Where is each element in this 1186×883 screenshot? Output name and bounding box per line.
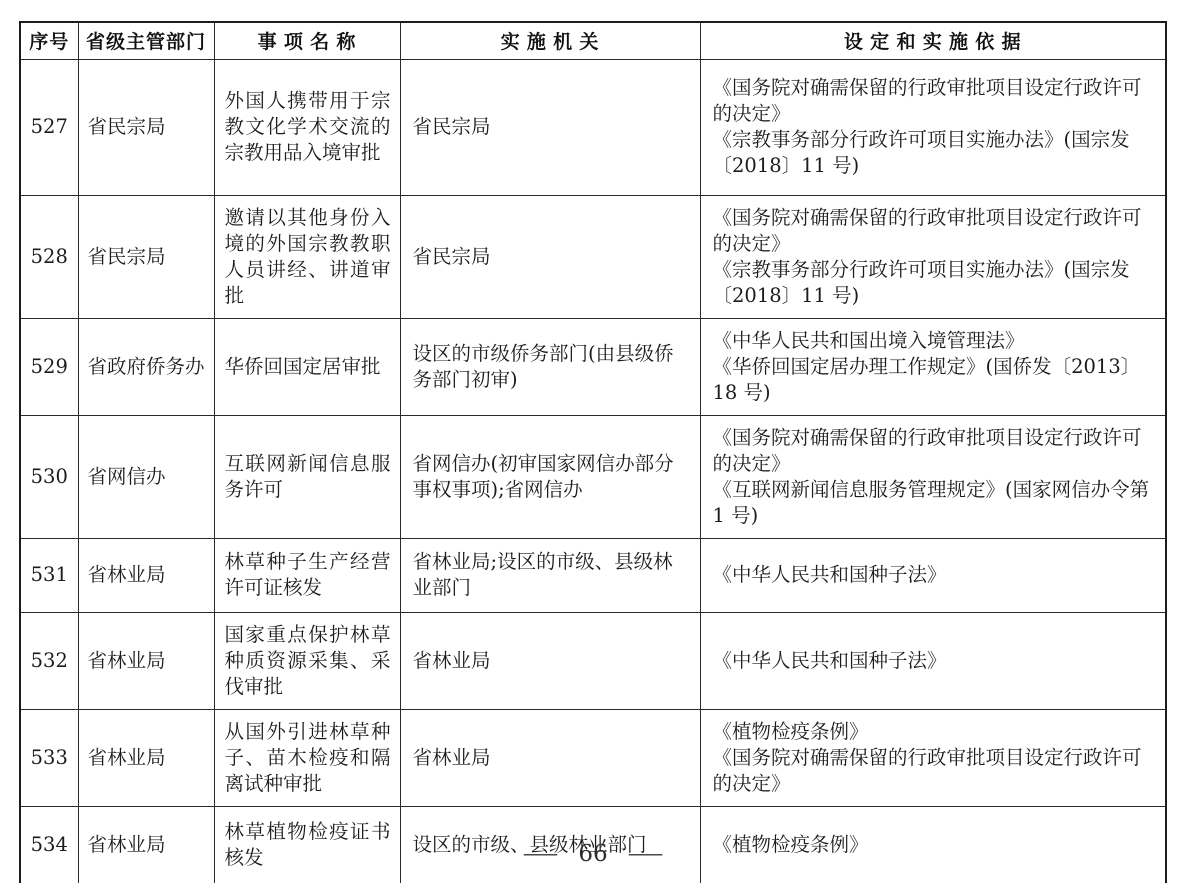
cell-agency: 省林业局 xyxy=(400,612,700,709)
basis-cell: 《中华人民共和国种子法》 xyxy=(700,538,1166,612)
cell-department: 省林业局 xyxy=(78,709,214,806)
cell-item-name: 互联网新闻信息服务许可 xyxy=(214,415,400,538)
cell-agency: 省网信办(初审国家网信办部分事权事项);省网信办 xyxy=(400,415,700,538)
footer-left-dash: — xyxy=(522,841,559,867)
cell-department: 省林业局 xyxy=(78,612,214,709)
basis-line: 《国务院对确需保留的行政审批项目设定行政许可的决定》 xyxy=(713,745,1156,797)
basis-cell: 《中华人民共和国出境入境管理法》《华侨回国定居办理工作规定》(国侨发〔2013〕… xyxy=(700,318,1166,415)
table-row: 532 省林业局 国家重点保护林草种质资源采集、采伐审批 省林业局 《中华人民共… xyxy=(20,612,1166,709)
basis-line: 《中华人民共和国种子法》 xyxy=(713,562,1156,588)
cell-index: 528 xyxy=(20,195,78,318)
header-item-name: 事 项 名 称 xyxy=(214,22,400,59)
cell-index: 533 xyxy=(20,709,78,806)
basis-cell: 《国务院对确需保留的行政审批项目设定行政许可的决定》《宗教事务部分行政许可项目实… xyxy=(700,59,1166,195)
cell-department: 省民宗局 xyxy=(78,59,214,195)
basis-cell: 《中华人民共和国种子法》 xyxy=(700,612,1166,709)
basis-line: 《国务院对确需保留的行政审批项目设定行政许可的决定》 xyxy=(713,75,1156,127)
document-page: 序号 省级主管部门 事 项 名 称 实 施 机 关 设 定 和 实 施 依 据 … xyxy=(0,0,1186,883)
cell-item-name: 外国人携带用于宗教文化学术交流的宗教用品入境审批 xyxy=(214,59,400,195)
basis-cell: 《植物检疫条例》《国务院对确需保留的行政审批项目设定行政许可的决定》 xyxy=(700,709,1166,806)
table-row: 533 省林业局 从国外引进林草种子、苗木检疫和隔离试种审批 省林业局 《植物检… xyxy=(20,709,1166,806)
cell-department: 省民宗局 xyxy=(78,195,214,318)
basis-line: 《国务院对确需保留的行政审批项目设定行政许可的决定》 xyxy=(713,425,1156,477)
header-agency: 实 施 机 关 xyxy=(400,22,700,59)
basis-line: 《植物检疫条例》 xyxy=(713,719,1156,745)
cell-item-name: 从国外引进林草种子、苗木检疫和隔离试种审批 xyxy=(214,709,400,806)
header-row: 序号 省级主管部门 事 项 名 称 实 施 机 关 设 定 和 实 施 依 据 xyxy=(20,22,1166,59)
approval-items-table: 序号 省级主管部门 事 项 名 称 实 施 机 关 设 定 和 实 施 依 据 … xyxy=(19,21,1167,883)
table-header: 序号 省级主管部门 事 项 名 称 实 施 机 关 设 定 和 实 施 依 据 xyxy=(20,22,1166,59)
header-index: 序号 xyxy=(20,22,78,59)
cell-index: 531 xyxy=(20,538,78,612)
cell-item-name: 国家重点保护林草种质资源采集、采伐审批 xyxy=(214,612,400,709)
basis-line: 《中华人民共和国出境入境管理法》 xyxy=(713,328,1156,354)
table-row: 529 省政府侨务办 华侨回国定居审批 设区的市级侨务部门(由县级侨务部门初审)… xyxy=(20,318,1166,415)
cell-agency: 省民宗局 xyxy=(400,59,700,195)
table-row: 531 省林业局 林草种子生产经营许可证核发 省林业局;设区的市级、县级林业部门… xyxy=(20,538,1166,612)
table-body: 527 省民宗局 外国人携带用于宗教文化学术交流的宗教用品入境审批 省民宗局 《… xyxy=(20,59,1166,883)
page-footer: —66— xyxy=(0,841,1186,867)
header-department: 省级主管部门 xyxy=(78,22,214,59)
basis-line: 《互联网新闻信息服务管理规定》(国家网信办令第 1 号) xyxy=(713,477,1156,529)
header-basis: 设 定 和 实 施 依 据 xyxy=(700,22,1166,59)
cell-item-name: 林草种子生产经营许可证核发 xyxy=(214,538,400,612)
cell-index: 530 xyxy=(20,415,78,538)
basis-cell: 《国务院对确需保留的行政审批项目设定行政许可的决定》《宗教事务部分行政许可项目实… xyxy=(700,195,1166,318)
table-row: 530 省网信办 互联网新闻信息服务许可 省网信办(初审国家网信办部分事权事项)… xyxy=(20,415,1166,538)
basis-line: 《中华人民共和国种子法》 xyxy=(713,648,1156,674)
cell-department: 省网信办 xyxy=(78,415,214,538)
cell-department: 省林业局 xyxy=(78,538,214,612)
basis-line: 《华侨回国定居办理工作规定》(国侨发〔2013〕18 号) xyxy=(713,354,1156,406)
table-row: 528 省民宗局 邀请以其他身份入境的外国宗教教职人员讲经、讲道审批 省民宗局 … xyxy=(20,195,1166,318)
cell-item-name: 邀请以其他身份入境的外国宗教教职人员讲经、讲道审批 xyxy=(214,195,400,318)
cell-department: 省政府侨务办 xyxy=(78,318,214,415)
basis-line: 《宗教事务部分行政许可项目实施办法》(国宗发〔2018〕11 号) xyxy=(713,127,1156,179)
basis-line: 《宗教事务部分行政许可项目实施办法》(国宗发〔2018〕11 号) xyxy=(713,257,1156,309)
cell-index: 527 xyxy=(20,59,78,195)
cell-agency: 省民宗局 xyxy=(400,195,700,318)
cell-agency: 设区的市级侨务部门(由县级侨务部门初审) xyxy=(400,318,700,415)
footer-right-dash: — xyxy=(627,841,664,867)
cell-agency: 省林业局 xyxy=(400,709,700,806)
page-number: 66 xyxy=(578,841,607,867)
basis-cell: 《国务院对确需保留的行政审批项目设定行政许可的决定》《互联网新闻信息服务管理规定… xyxy=(700,415,1166,538)
cell-index: 529 xyxy=(20,318,78,415)
table-row: 527 省民宗局 外国人携带用于宗教文化学术交流的宗教用品入境审批 省民宗局 《… xyxy=(20,59,1166,195)
cell-agency: 省林业局;设区的市级、县级林业部门 xyxy=(400,538,700,612)
cell-index: 532 xyxy=(20,612,78,709)
cell-item-name: 华侨回国定居审批 xyxy=(214,318,400,415)
basis-line: 《国务院对确需保留的行政审批项目设定行政许可的决定》 xyxy=(713,205,1156,257)
